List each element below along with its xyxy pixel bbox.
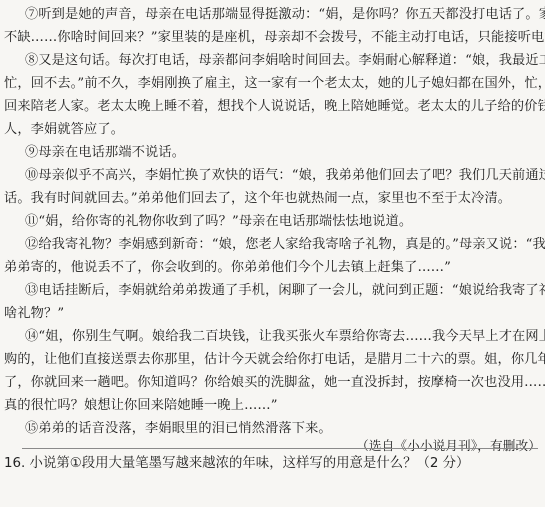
question-16: 16. 小说第①段用大量笔墨写越来越浓的年味，这样写的用意是什么？（2 分）: [4, 455, 469, 473]
paragraph-8-line-4: 人，李娟就答应了。: [4, 121, 541, 139]
paragraph-7-line-2: 不缺……你啥时间回来？”家里装的是座机，母亲却不会拨号，不能主动打电话，只能接听…: [4, 29, 541, 47]
paragraph-8-line-3: 回来陪老人家。老太太晚上睡不着，想找个人说说话，晚上陪她睡觉。老太太的儿子给的价…: [4, 98, 541, 116]
paragraph-13-line-1: ⑬电话挂断后，李娟就给弟弟拨通了手机，闲聊了一会儿，就问到正题：“娘说给我寄了礼…: [25, 282, 541, 300]
answer-line-divider: [22, 448, 538, 449]
paragraph-9-line-1: ⑨母亲在电话那端不说话。: [25, 144, 541, 162]
paragraph-12-line-1: ⑫给我寄礼物？李娟感到新奇：“娘，您老人家给我寄啥子礼物，真是的。”母亲又说：“…: [25, 236, 541, 254]
exam-page: ⑦听到是她的声音，母亲在电话那端显得挺激动：“娟，是你吗？你五天都没打电话了。家…: [0, 0, 545, 507]
paragraph-15-line-1: ⑮弟弟的话音没落，李娟眼里的泪已悄然滑落下来。: [25, 420, 541, 438]
paragraph-8-line-2: 忙，回不去。”前不久，李娟刚换了雇主，这一家有一个老太太，她的儿子媳妇都在国外，…: [4, 75, 541, 93]
paragraph-14-line-3: 了，你就回来一趟吧。你知道吗？你给娘买的洗脚盆，她一直没拆封，按摩椅一次也没用……: [4, 374, 541, 392]
paragraph-8-line-1: ⑧又是这句话。每次打电话，母亲都问李娟啥时间回去。李娟耐心解释道：“娘，我最近工…: [25, 52, 541, 70]
paragraph-13-line-2: 啥礼物？”: [4, 305, 541, 323]
paragraph-14-line-2: 购的，让他们直接送票去你那里，估计今天就会给你打电话，是腊月二十六的票。姐，你几…: [4, 351, 541, 369]
paragraph-12-line-2: 弟弟寄的，他说丢不了，你会收到的。你弟弟他们今个儿去镇上赶集了……”: [4, 259, 541, 277]
paragraph-11-line-1: ⑪“娟，给你寄的礼物你收到了吗？”母亲在电话那端怯怯地说道。: [25, 213, 541, 231]
paragraph-10-line-2: 话。我有时间就回去。”弟弟他们回去了，这个年也就热闹一点，家里也不至于太冷清。: [4, 190, 541, 208]
source-attribution: （选自《小小说月刊》，有删改）: [4, 437, 541, 455]
paragraph-14-line-4: 真的很忙吗？娘想让你回来陪她睡一晚上……”: [4, 397, 541, 415]
paragraph-7-line-1: ⑦听到是她的声音，母亲在电话那端显得挺激动：“娟，是你吗？你五天都没打电话了。家…: [25, 6, 541, 24]
paragraph-14-line-1: ⑭“姐，你别生气啊。娘给我二百块钱，让我买张火车票给你寄去……我今天早上才在网上…: [25, 328, 541, 346]
paragraph-10-line-1: ⑩母亲似乎不高兴，李娟忙换了欢快的语气：“娘，我弟弟他们回去了吧？我们几天前通过…: [25, 167, 541, 185]
